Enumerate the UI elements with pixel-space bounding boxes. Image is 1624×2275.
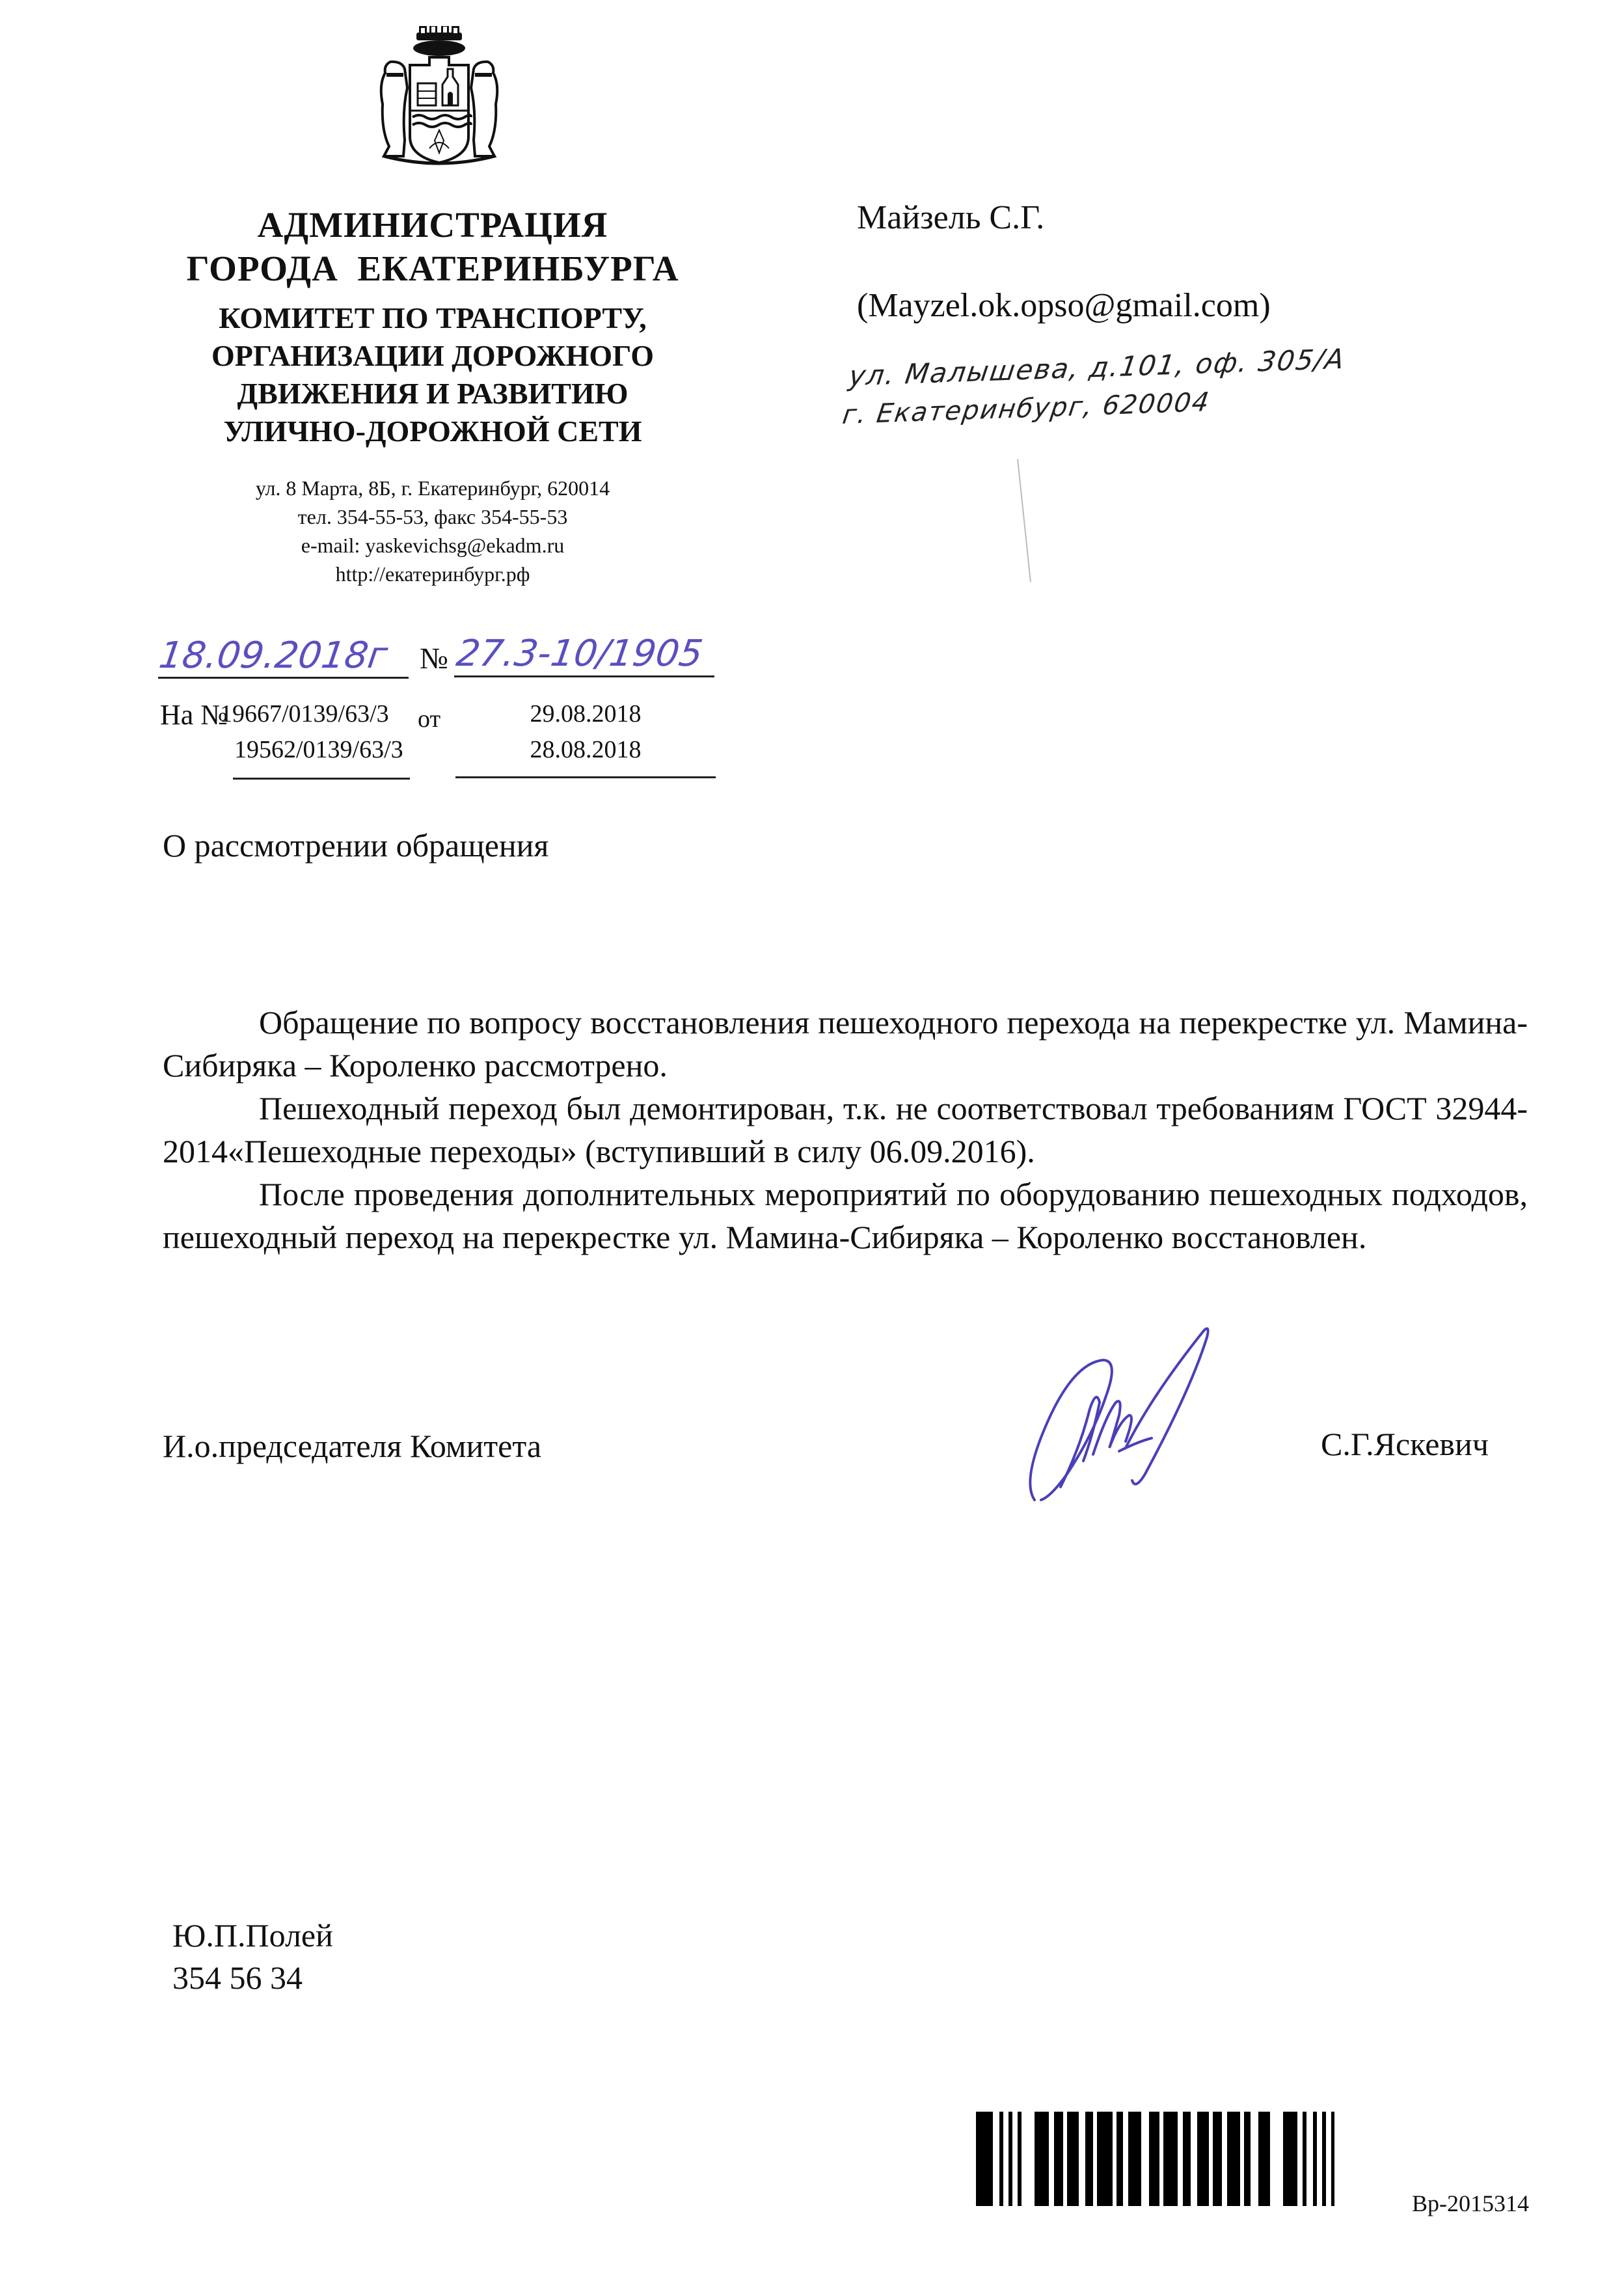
committee-line-4: УЛИЧНО-ДОРОЖНОЙ СЕТИ bbox=[130, 413, 735, 450]
number-sign: № bbox=[420, 641, 448, 675]
org-name-line-1: АДМИНИСТРАЦИЯ bbox=[130, 203, 735, 247]
body-paragraph-3: После проведения дополнительных мероприя… bbox=[163, 1173, 1528, 1259]
letter-body: Обращение по вопросу восстановления пеше… bbox=[163, 1001, 1528, 1259]
from-label: от bbox=[418, 705, 440, 733]
ref-date-underline bbox=[455, 776, 716, 778]
signatory-position: И.о.председателя Комитета bbox=[163, 1427, 541, 1465]
number-underline bbox=[454, 675, 714, 677]
org-website: http://екатеринбург.рф bbox=[130, 560, 735, 588]
body-paragraph-1: Обращение по вопросу восстановления пеше… bbox=[163, 1001, 1528, 1087]
org-address: ул. 8 Марта, 8Б, г. Екатеринбург, 620014 bbox=[130, 474, 735, 502]
reply-ref-date-2: 28.08.2018 bbox=[455, 735, 716, 764]
ref-number-underline bbox=[233, 778, 410, 780]
committee-line-3: ДВИЖЕНИЯ И РАЗВИТИЮ bbox=[130, 375, 735, 413]
reply-ref-number-2: 19562/0139/63/3 bbox=[234, 735, 410, 764]
reply-ref-number-1: 19667/0139/63/3 bbox=[220, 700, 410, 728]
document-barcode bbox=[976, 2112, 1396, 2206]
recipient-address-line-2: г. Екатеринбург, 620004 bbox=[841, 387, 1212, 430]
org-email: e-mail: yaskevichsg@ekadm.ru bbox=[130, 531, 735, 560]
handwritten-signature-icon bbox=[1022, 1324, 1295, 1513]
org-phone: тел. 354-55-53, факс 354-55-53 bbox=[130, 502, 735, 531]
committee-line-1: КОМИТЕТ ПО ТРАНСПОРТУ, bbox=[130, 299, 735, 337]
recipient-email: (Mayzel.ok.opso@gmail.com) bbox=[857, 286, 1271, 325]
subject: О рассмотрении обращения bbox=[163, 826, 548, 864]
barcode-label: Вр-2015314 bbox=[1412, 2190, 1529, 2217]
org-name-line-2: ГОРОДА ЕКАТЕРИНБУРГА bbox=[130, 247, 735, 290]
registration-number: 27.3-10/1905 bbox=[453, 633, 705, 675]
executor-phone: 354 56 34 bbox=[172, 1959, 303, 1996]
registration-date: 18.09.2018г bbox=[156, 634, 390, 677]
pencil-mark bbox=[1017, 459, 1031, 582]
reply-to-label: На № bbox=[160, 698, 228, 731]
executor-name: Ю.П.Полей bbox=[172, 1916, 333, 1954]
signatory-name: С.Г.Яскевич bbox=[1321, 1425, 1489, 1463]
body-paragraph-2: Пешеходный переход был демонтирован, т.к… bbox=[163, 1087, 1528, 1173]
letterhead: АДМИНИСТРАЦИЯ ГОРОДА ЕКАТЕРИНБУРГА КОМИТ… bbox=[130, 203, 735, 588]
recipient-name: Майзель С.Г. bbox=[857, 198, 1044, 237]
coat-of-arms-icon bbox=[364, 26, 514, 169]
recipient-address-line-1: ул. Малышева, д.101, оф. 305/А bbox=[847, 343, 1347, 392]
reply-ref-date-1: 29.08.2018 bbox=[455, 700, 716, 728]
date-underline bbox=[158, 677, 409, 679]
committee-line-2: ОРГАНИЗАЦИИ ДОРОЖНОГО bbox=[130, 337, 735, 375]
